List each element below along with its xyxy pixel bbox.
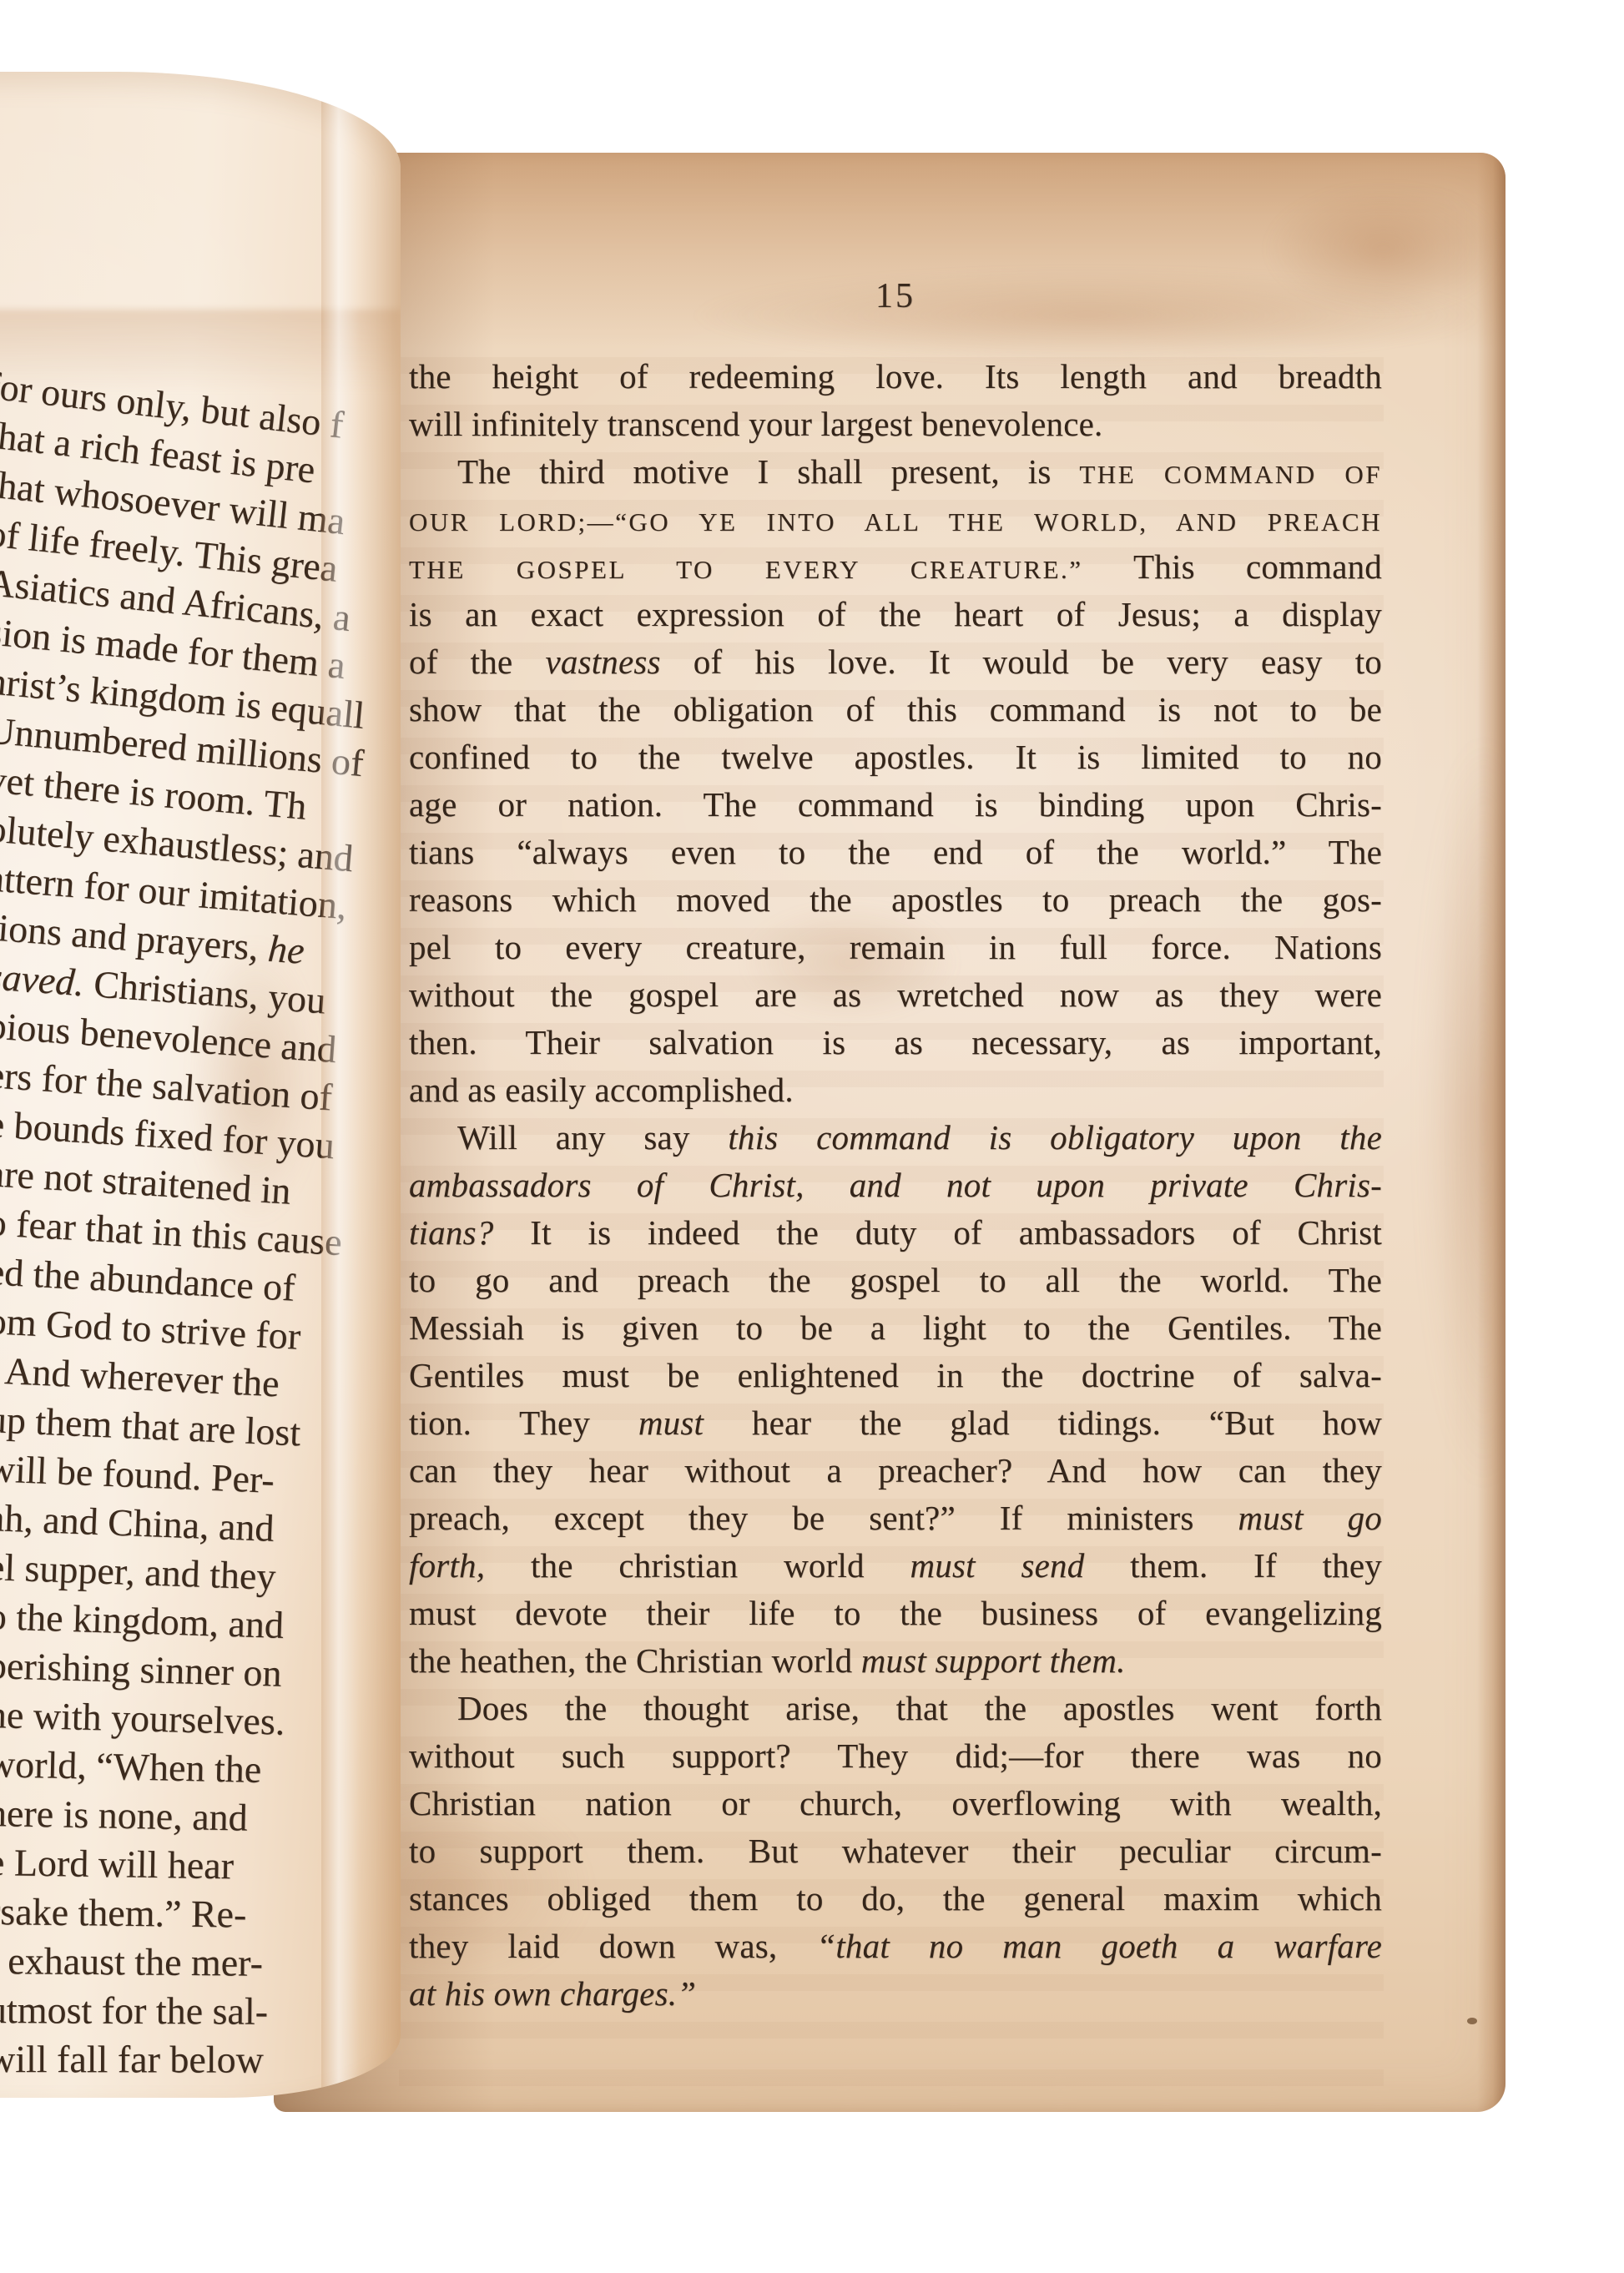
text-line: Does the thought arise, that the apostle… xyxy=(409,1685,1382,1732)
page-number: 15 xyxy=(409,276,1382,316)
left-page-line: rsake them.” Re- xyxy=(0,1890,247,1937)
text-line: and as easily accomplished. xyxy=(409,1066,1382,1114)
text-line: is an exact expression of the heart of J… xyxy=(409,591,1382,638)
left-page-line: e Lord will hear xyxy=(0,1841,234,1887)
text-segment: the height of redeeming love. Its length… xyxy=(409,357,1382,396)
text-segment: forth, xyxy=(409,1546,485,1585)
text-segment: “that no man goeth a warfare xyxy=(816,1927,1382,1965)
text-line: THE GOSPEL TO EVERY CREATURE.” This comm… xyxy=(409,543,1382,591)
text-segment: age or nation. The command is binding up… xyxy=(409,785,1382,824)
text-segment: here is none, and xyxy=(0,1792,248,1839)
text-line: without the gospel are as wretched now a… xyxy=(409,971,1382,1019)
text-segment: The third motive I shall present, is xyxy=(457,452,1079,491)
text-line: can they hear without a preacher? And ho… xyxy=(409,1447,1382,1494)
text-segment: tion. They xyxy=(409,1404,638,1442)
page-block-edge xyxy=(1477,153,1505,2112)
paragraph: Will any say this command is obligatory … xyxy=(409,1114,1382,1685)
paragraph: the height of redeeming love. Its length… xyxy=(409,353,1382,448)
text-segment: up them that are lost xyxy=(0,1398,301,1454)
text-segment: THE GOSPEL TO EVERY CREATURE.” xyxy=(409,555,1083,584)
text-segment: Does the thought arise, that the apostle… xyxy=(457,1689,1382,1727)
text-segment: he xyxy=(266,927,305,972)
text-line: Messiah is given to be a light to the Ge… xyxy=(409,1304,1382,1352)
left-page-line: up them that are lost xyxy=(0,1398,301,1454)
text-segment: to support them. But whatever their pecu… xyxy=(409,1832,1382,1870)
text-segment: at his own charges.” xyxy=(409,1974,696,2013)
text-segment: utmost for the sal- xyxy=(0,1988,268,2033)
text-segment: must send xyxy=(910,1546,1084,1585)
text-segment: rsake them.” Re- xyxy=(0,1890,247,1936)
ink-fleck xyxy=(1467,2018,1477,2024)
text-segment: reasons which moved the apostles to prea… xyxy=(409,880,1382,919)
text-line: tians? It is indeed the duty of ambassad… xyxy=(409,1209,1382,1257)
text-segment: saved. xyxy=(0,955,86,1004)
text-segment: THE COMMAND OF xyxy=(1079,460,1382,489)
text-line: without such support? They did;—for ther… xyxy=(409,1732,1382,1780)
text-segment: will fall far below xyxy=(0,2038,264,2081)
left-page-line: perishing sinner on xyxy=(0,1644,282,1696)
text-line: the heathen, the Christian world must su… xyxy=(409,1637,1382,1685)
text-segment: hear the glad tidings. “But how xyxy=(704,1404,1382,1442)
text-segment: must xyxy=(638,1404,704,1442)
text-segment: This command xyxy=(1083,547,1382,586)
text-segment: tians? xyxy=(409,1213,493,1252)
text-segment: this command is obligatory upon the xyxy=(728,1118,1382,1157)
text-line: age or nation. The command is binding up… xyxy=(409,781,1382,829)
text-line: must devote their life to the business o… xyxy=(409,1590,1382,1637)
text-line: tians “always even to the end of the wor… xyxy=(409,829,1382,876)
text-segment: preach, except they be sent?” If ministe… xyxy=(409,1499,1238,1537)
text-line: Gentiles must be enlightened in the doct… xyxy=(409,1352,1382,1399)
text-line: to support them. But whatever their pecu… xyxy=(409,1827,1382,1875)
left-page-line: ah, and China, and xyxy=(0,1496,275,1550)
text-segment: to go and preach the gospel to all the w… xyxy=(409,1261,1382,1299)
text-segment: stances obliged them to do, the general … xyxy=(409,1879,1382,1918)
text-segment: Messiah is given to be a light to the Ge… xyxy=(409,1308,1382,1347)
text-segment: ah, and China, and xyxy=(0,1496,275,1550)
text-line: at his own charges.” xyxy=(409,1970,1382,2018)
left-page-fold-edge xyxy=(321,72,401,2098)
left-page-line: om God to strive for xyxy=(0,1299,301,1358)
right-page: 15 the height of redeeming love. Its len… xyxy=(274,153,1505,2112)
text-segment: om God to strive for xyxy=(0,1299,301,1358)
text-segment: must support them. xyxy=(861,1641,1126,1680)
text-segment: world, “When the xyxy=(0,1742,262,1791)
page-text: the height of redeeming love. Its length… xyxy=(409,353,1382,2018)
left-page-line: o the kingdom, and xyxy=(0,1595,285,1647)
text-segment: must go xyxy=(1238,1499,1382,1537)
left-page: for ours only, but also fthat a rich fea… xyxy=(0,72,401,2098)
text-line: will infinitely transcend your largest b… xyxy=(409,401,1382,448)
text-segment: without such support? They did;—for ther… xyxy=(409,1736,1382,1775)
text-segment: the heathen, the Christian world xyxy=(409,1641,861,1680)
text-line: pel to every creature, remain in full fo… xyxy=(409,924,1382,971)
text-segment: el supper, and they xyxy=(0,1545,276,1598)
text-line: Christian nation or church, overflowing … xyxy=(409,1780,1382,1827)
left-page-line: world, “When the xyxy=(0,1742,262,1792)
left-page-line: will fall far below xyxy=(0,2038,264,2082)
text-line: forth, the christian world must send the… xyxy=(409,1542,1382,1590)
text-segment: will infinitely transcend your largest b… xyxy=(409,405,1102,443)
left-page-line: utmost for the sal- xyxy=(0,1988,268,2034)
text-segment: OUR LORD;—“GO YE INTO ALL THE WORLD, AND… xyxy=(409,507,1382,537)
text-line: to go and preach the gospel to all the w… xyxy=(409,1257,1382,1304)
text-segment: show that the obligation of this command… xyxy=(409,690,1382,728)
text-segment: they laid down was, xyxy=(409,1927,816,1965)
text-segment: without the gospel are as wretched now a… xyxy=(409,975,1382,1014)
text-line: stances obliged them to do, the general … xyxy=(409,1875,1382,1923)
text-line: show that the obligation of this command… xyxy=(409,686,1382,733)
left-page-line: . And wherever the xyxy=(0,1348,280,1405)
text-segment: Will any say xyxy=(457,1118,728,1157)
left-page-line: will be found. Per- xyxy=(0,1447,275,1502)
text-segment: ne with yourselves. xyxy=(0,1693,285,1743)
text-segment: tians “always even to the end of the wor… xyxy=(409,833,1382,871)
text-line: ambassadors of Christ, and not upon priv… xyxy=(409,1162,1382,1209)
text-line: Will any say this command is obligatory … xyxy=(409,1114,1382,1162)
text-line: reasons which moved the apostles to prea… xyxy=(409,876,1382,924)
left-page-line: el supper, and they xyxy=(0,1545,276,1599)
text-line: preach, except they be sent?” If ministe… xyxy=(409,1494,1382,1542)
text-segment: must devote their life to the business o… xyxy=(409,1594,1382,1632)
text-segment: . And wherever the xyxy=(0,1348,280,1404)
text-line: then. Their salvation is as necessary, a… xyxy=(409,1019,1382,1066)
text-segment: of his love. It would be very easy to xyxy=(661,643,1382,681)
text-segment: will be found. Per- xyxy=(0,1447,275,1501)
text-segment: of the xyxy=(409,643,545,681)
text-segment: ambassadors of Christ, and not upon priv… xyxy=(409,1166,1382,1204)
text-segment: Christian nation or church, overflowing … xyxy=(409,1784,1382,1822)
text-segment: Gentiles must be enlightened in the doct… xyxy=(409,1356,1382,1394)
text-segment: o the kingdom, and xyxy=(0,1595,285,1646)
paragraph: Does the thought arise, that the apostle… xyxy=(409,1685,1382,2018)
paragraph: The third motive I shall present, is THE… xyxy=(409,448,1382,1114)
text-line: The third motive I shall present, is THE… xyxy=(409,448,1382,496)
text-segment: pel to every creature, remain in full fo… xyxy=(409,928,1382,966)
text-segment: the christian world xyxy=(485,1546,910,1585)
text-line: OUR LORD;—“GO YE INTO ALL THE WORLD, AND… xyxy=(409,496,1382,543)
text-segment: then. Their salvation is as necessary, a… xyxy=(409,1023,1382,1061)
text-line: tion. They must hear the glad tidings. “… xyxy=(409,1399,1382,1447)
text-line: confined to the twelve apostles. It is l… xyxy=(409,733,1382,781)
text-segment: confined to the twelve apostles. It is l… xyxy=(409,738,1382,776)
text-segment: vastness xyxy=(545,643,660,681)
text-segment: It is indeed the duty of ambassadors of … xyxy=(493,1213,1382,1252)
left-page-line: here is none, and xyxy=(0,1792,248,1840)
text-segment: t exhaust the mer- xyxy=(0,1939,263,1984)
text-line: the height of redeeming love. Its length… xyxy=(409,353,1382,401)
text-line: they laid down was, “that no man goeth a… xyxy=(409,1923,1382,1970)
book-photo: 15 the height of redeeming love. Its len… xyxy=(0,0,1624,2273)
text-segment: them. If they xyxy=(1084,1546,1382,1585)
left-page-line: ne with yourselves. xyxy=(0,1693,285,1744)
text-line: of the vastness of his love. It would be… xyxy=(409,638,1382,686)
text-segment: is an exact expression of the heart of J… xyxy=(409,595,1382,633)
text-segment: e Lord will hear xyxy=(0,1841,234,1887)
left-page-line: t exhaust the mer- xyxy=(0,1939,263,1985)
text-segment: can they hear without a preacher? And ho… xyxy=(409,1451,1382,1489)
text-segment: perishing sinner on xyxy=(0,1644,282,1695)
text-segment: and as easily accomplished. xyxy=(409,1071,794,1109)
